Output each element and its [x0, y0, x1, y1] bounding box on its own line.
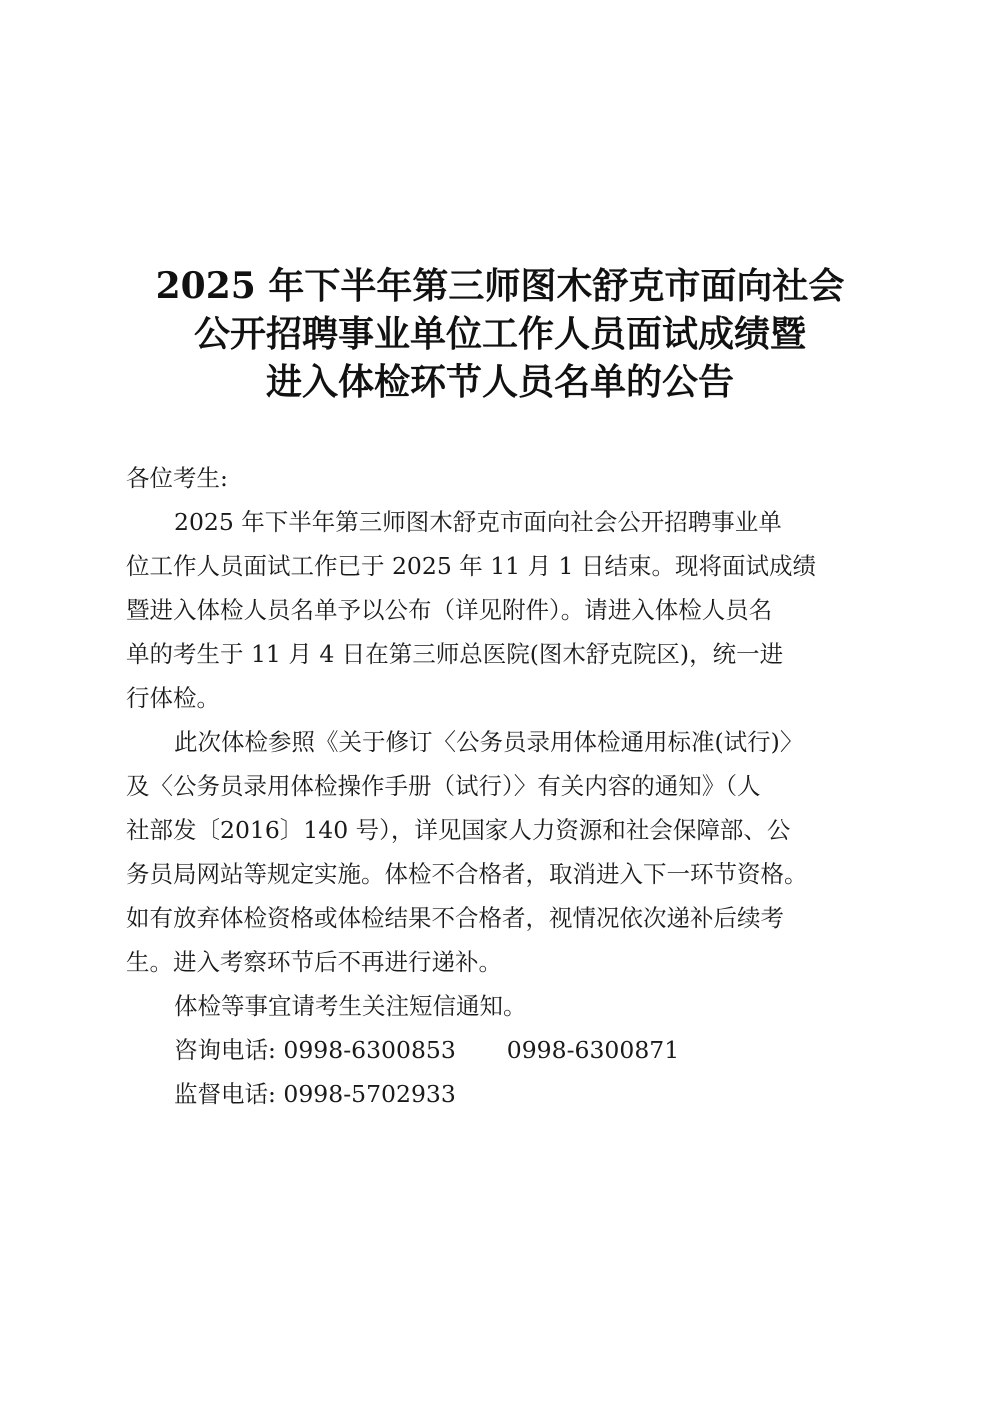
consult-phone-line: 咨询电话: 0998-6300853 0998-6300871 [126, 1028, 876, 1072]
paragraph-line: 及〈公务员录用体检操作手册（试行）〉有关内容的通知》（人 [126, 764, 876, 808]
consult-phone-label: 咨询电话: [174, 1036, 276, 1064]
document-title: 2025 年下半年第三师图木舒克市面向社会 公开招聘事业单位工作人员面试成绩暨 … [0, 262, 1000, 406]
paragraph-line: 社部发〔2016〕140 号），详见国家人力资源和社会保障部、公 [126, 808, 876, 852]
salutation: 各位考生: [126, 456, 876, 500]
paragraph-line: 务员局网站等规定实施。体检不合格者，取消进入下一环节资格。 [126, 852, 876, 896]
paragraph-line: 位工作人员面试工作已于 2025 年 11 月 1 日结束。现将面试成绩 [126, 544, 876, 588]
paragraph-sms-notice: 体检等事宜请考生关注短信通知。 [126, 984, 876, 1028]
paragraph-exam-standards: 此次体检参照《关于修订〈公务员录用体检通用标准(试行)〉 及〈公务员录用体检操作… [126, 720, 876, 984]
paragraph-line: 行体检。 [126, 676, 876, 720]
paragraph-line: 单的考生于 11 月 4 日在第三师总医院(图木舒克院区)，统一进 [126, 632, 876, 676]
supervise-phone: 0998-5702933 [283, 1080, 455, 1108]
supervise-phone-line: 监督电话: 0998-5702933 [126, 1072, 876, 1116]
paragraph-announcement: 2025 年下半年第三师图木舒克市面向社会公开招聘事业单 位工作人员面试工作已于… [126, 500, 876, 720]
paragraph-line: 2025 年下半年第三师图木舒克市面向社会公开招聘事业单 [126, 500, 876, 544]
title-line-1: 2025 年下半年第三师图木舒克市面向社会 [0, 262, 1000, 310]
title-line-2: 公开招聘事业单位工作人员面试成绩暨 [0, 310, 1000, 358]
consult-phone-2: 0998-6300871 [507, 1036, 679, 1064]
supervise-phone-label: 监督电话: [174, 1080, 276, 1108]
document-body: 各位考生: 2025 年下半年第三师图木舒克市面向社会公开招聘事业单 位工作人员… [126, 456, 876, 1116]
paragraph-line: 如有放弃体检资格或体检结果不合格者，视情况依次递补后续考 [126, 896, 876, 940]
paragraph-line: 此次体检参照《关于修订〈公务员录用体检通用标准(试行)〉 [126, 720, 876, 764]
title-line-3: 进入体检环节人员名单的公告 [0, 358, 1000, 406]
consult-phone-1: 0998-6300853 [283, 1036, 455, 1064]
paragraph-line: 暨进入体检人员名单予以公布（详见附件）。请进入体检人员名 [126, 588, 876, 632]
paragraph-line: 生。进入考察环节后不再进行递补。 [126, 940, 876, 984]
